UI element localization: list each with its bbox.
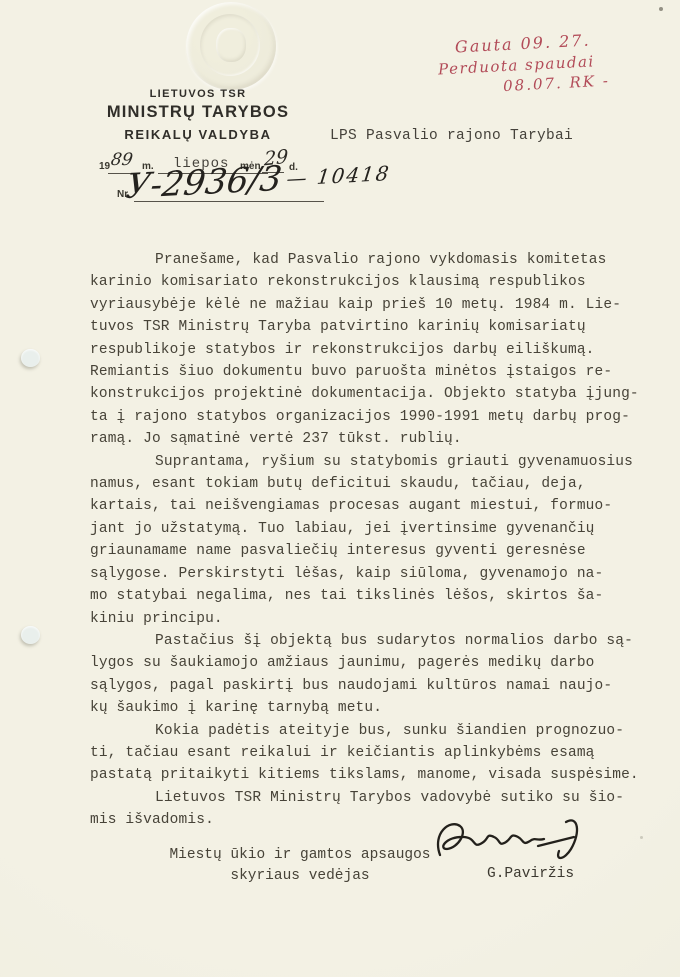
number-handwritten-value: У-2936/3 — 10418 [124, 153, 393, 207]
paper-speck [659, 7, 663, 11]
paragraph-3: Pastačius šį objektą bus sudarytos norma… [90, 630, 678, 720]
embossed-coat-of-arms-emblem [186, 2, 276, 90]
note-date-initials-line: 08.07. RK - [503, 72, 611, 96]
paragraph-1: Pranešame, kad Pasvalio rajono vykdomasi… [90, 249, 678, 451]
paper-speck [640, 836, 643, 839]
number-tail: — 10418 [285, 161, 392, 191]
letterhead-line1: LIETUVOS TSR [55, 88, 341, 100]
signer-title: Miestų ūkio ir gamtos apsaugos skyriaus … [150, 845, 450, 887]
letterhead-line3: REIKALŲ VALDYBA [55, 127, 341, 142]
paragraph-4: Kokia padėtis ateityje bus, sunku šiandi… [90, 720, 678, 787]
number-main: У-2936/3 [124, 159, 284, 207]
letterhead: LIETUVOS TSR MINISTRŲ TARYBOS REIKALŲ VA… [55, 88, 341, 142]
paragraph-2: Suprantama, ryšium su statybomis griauti… [90, 451, 678, 630]
letter-body: Pranešame, kad Pasvalio rajono vykdomasi… [90, 249, 678, 832]
punch-hole-top [21, 349, 40, 367]
addressee-line: LPS Pasvalio rajono Tarybai [330, 128, 573, 144]
letterhead-line2: MINISTRŲ TARYBOS [55, 103, 341, 122]
punch-hole-bottom [21, 626, 40, 644]
red-handwritten-note: Gauta 09. 27. Perduota spaudai 08.07. RK… [437, 30, 611, 99]
signer-name: G.Paviržis [487, 866, 574, 882]
date-printed-19: 19 [99, 161, 110, 172]
scanned-letter-page: Gauta 09. 27. Perduota spaudai 08.07. RK… [0, 0, 680, 977]
emblem-center-relief [216, 28, 246, 62]
